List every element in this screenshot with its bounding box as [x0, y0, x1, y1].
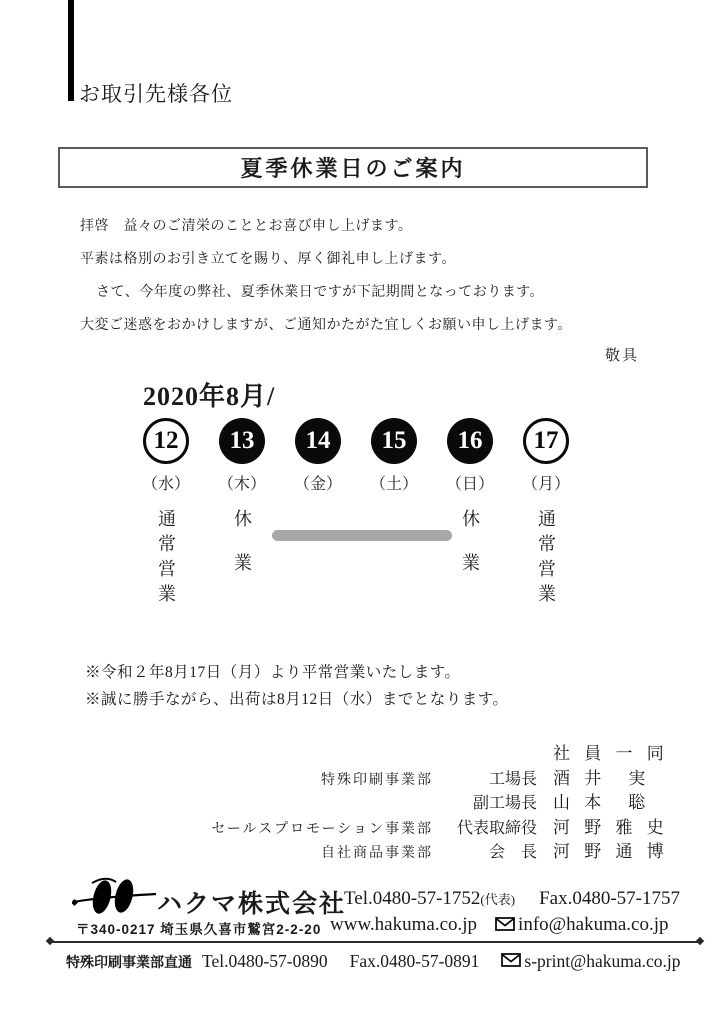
fax-main: Fax.0480-57-1757: [539, 888, 680, 909]
fax-direct: Fax.0480-57-0891: [350, 951, 480, 972]
signature-block: 社 員 一 同 特殊印刷事業部 工場長 酒 井 実 副工場長 山 本 聡 セール…: [203, 739, 695, 862]
email-icon: [501, 951, 521, 972]
calendar-day: 14 （金）: [280, 418, 356, 609]
day-number: 16: [458, 427, 483, 455]
signature-title: 会 長: [449, 839, 537, 862]
day-status: 休業: [461, 509, 479, 597]
signature-row: 特殊印刷事業部 工場長 酒 井 実: [203, 764, 695, 789]
day-weekday: （木）: [218, 471, 266, 494]
day-number: 17: [534, 427, 559, 455]
month-label: 2020年8月/: [143, 376, 275, 413]
calendar-day: 12 （水） 通常営業: [128, 418, 204, 609]
page-title: 夏季休業日のご案内: [240, 152, 465, 183]
signature-row: 副工場長 山 本 聡: [203, 788, 695, 813]
email-main: info@hakuma.co.jp: [518, 914, 668, 935]
email-icon: [495, 915, 515, 937]
day-weekday: （日）: [446, 471, 494, 494]
company-name: ハクマ株式会社: [157, 884, 346, 920]
day-weekday: （土）: [370, 471, 418, 494]
web-contact-line: www.hakuma.co.jpinfo@hakuma.co.jp: [330, 914, 669, 937]
divider-end-diamond: [696, 937, 704, 945]
tel-main: Tel.0480-57-1752: [344, 888, 480, 909]
day-circle: 14: [295, 418, 341, 464]
signature-title: 工場長: [449, 766, 537, 789]
divider-end-diamond: [46, 937, 54, 945]
signature-department: 特殊印刷事業部: [203, 769, 433, 789]
day-status: 休業: [233, 509, 251, 597]
signature-row: 自社商品事業部 会 長 河 野 通 博: [203, 837, 695, 862]
signature-name: 河 野 雅 史: [553, 813, 695, 838]
tel-direct: Tel.0480-57-0890: [202, 951, 328, 972]
day-circle: 17: [523, 418, 569, 464]
note-line: ※誠に勝手ながら、出荷は8月12日（水）までとなります。: [85, 687, 509, 709]
note-line: ※令和２年8月17日（月）より平常営業いたします。: [85, 660, 461, 682]
footer-divider: [50, 941, 702, 943]
calendar-day: 16 （日） 休業: [432, 418, 508, 609]
signature-title: 副工場長: [449, 790, 537, 813]
day-circle: 13: [219, 418, 265, 464]
signature-title: 代表取締役: [449, 815, 537, 838]
signature-department: セールスプロモーション事業部: [203, 818, 433, 838]
letter-page: お取引先様各位 夏季休業日のご案内 拝啓 益々のご清栄のこととお喜び申し上げます…: [0, 0, 725, 1024]
day-weekday: （金）: [294, 471, 342, 494]
direct-label: 特殊印刷事業部直通: [66, 952, 192, 972]
day-number: 15: [382, 427, 407, 455]
day-number: 12: [154, 427, 179, 455]
calendar-day: 17 （月） 通常営業: [508, 418, 584, 609]
closed-period-bar: [272, 530, 452, 541]
day-number: 14: [306, 427, 331, 455]
tel-main-note: (代表): [480, 892, 515, 907]
website: www.hakuma.co.jp: [330, 914, 477, 935]
email-direct: s-print@hakuma.co.jp: [524, 951, 680, 972]
signature-name: 河 野 通 博: [553, 837, 695, 862]
calendar-day: 15 （土）: [356, 418, 432, 609]
day-circle: 15: [371, 418, 417, 464]
day-status: 通常営業: [157, 509, 175, 609]
day-status: 通常営業: [537, 509, 555, 609]
greeting-line: 平素は格別のお引き立てを賜り、厚く御礼申し上げます。: [80, 248, 456, 268]
day-number: 13: [230, 427, 255, 455]
signature-row: セールスプロモーション事業部 代表取締役 河 野 雅 史: [203, 813, 695, 838]
signature-row: 社 員 一 同: [203, 739, 695, 764]
signature-name: 山 本 聡: [553, 788, 695, 813]
day-circle: 12: [143, 418, 189, 464]
signature-name: 酒 井 実: [553, 764, 695, 789]
greeting-line: 拝啓 益々のご清栄のこととお喜び申し上げます。: [80, 215, 412, 235]
main-contact-line: Tel.0480-57-1752(代表)Fax.0480-57-1757: [344, 888, 680, 910]
day-weekday: （水）: [142, 471, 190, 494]
signature-name: 社 員 一 同: [553, 739, 695, 764]
closing-word: 敬具: [605, 344, 639, 365]
day-circle: 16: [447, 418, 493, 464]
day-weekday: （月）: [522, 471, 570, 494]
greeting-line: 大変ご迷惑をおかけしますが、ご通知かたがた宜しくお願い申し上げます。: [80, 314, 572, 334]
direct-contact-line: 特殊印刷事業部直通 Tel.0480-57-0890 Fax.0480-57-0…: [66, 951, 681, 972]
corner-rule: [68, 0, 74, 101]
title-box: 夏季休業日のご案内: [58, 147, 648, 188]
calendar-day: 13 （木） 休業: [204, 418, 280, 609]
company-address: 〒340-0217 埼玉県久喜市鷲宮2-2-20: [76, 918, 321, 938]
recipient: お取引先様各位: [79, 78, 233, 108]
signature-department: 自社商品事業部: [203, 842, 433, 862]
greeting-line: さて、今年度の弊社、夏季休業日ですが下記期間となっております。: [96, 281, 544, 301]
holiday-calendar: 12 （水） 通常営業 13 （木） 休業 14 （金） 15 （土） 16 （…: [128, 418, 586, 609]
